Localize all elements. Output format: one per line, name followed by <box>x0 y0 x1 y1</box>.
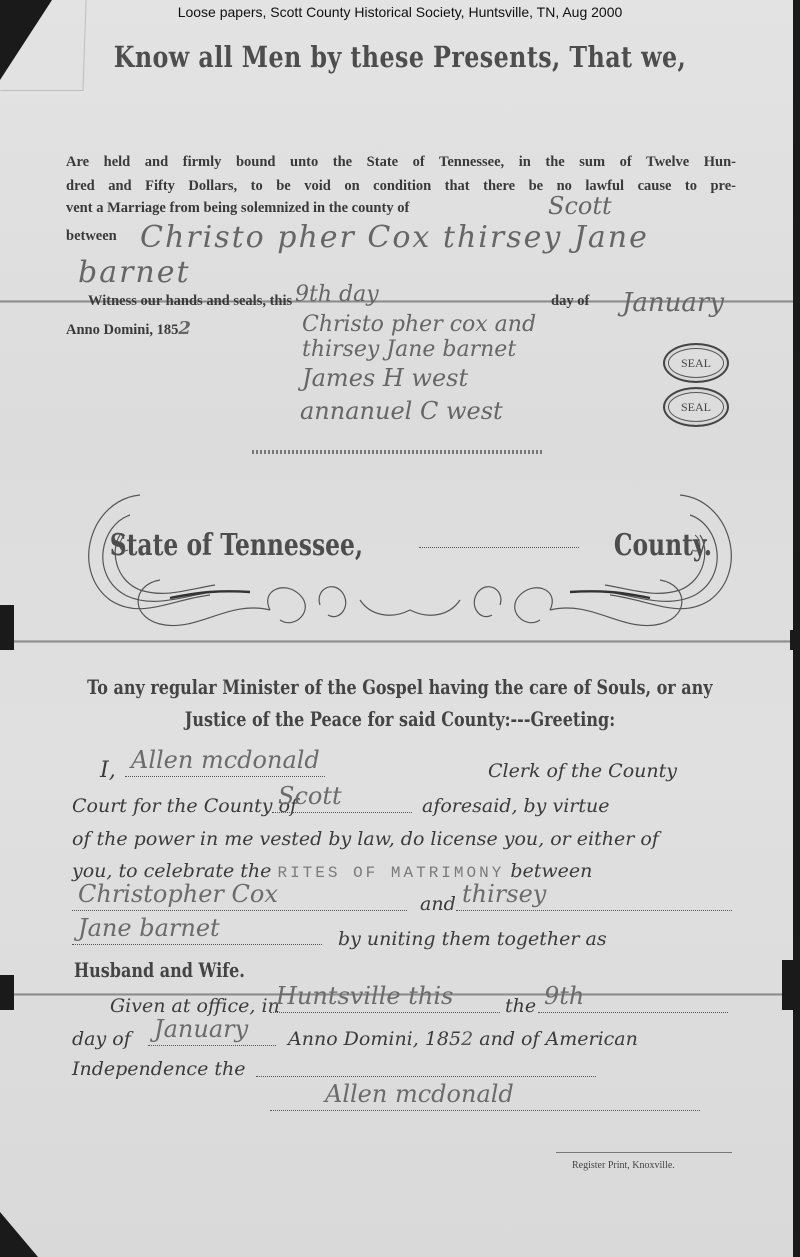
page-edge <box>793 0 800 1257</box>
torn-corner-bottom-left <box>0 1212 38 1257</box>
section-divider <box>252 450 542 454</box>
greeting-line-1: To any regular Minister of the Gospel ha… <box>0 675 800 699</box>
court-for-label: Court for the County of <box>72 795 297 817</box>
county-blank <box>419 547 579 548</box>
witness-label: Witness our hands and seals, this <box>88 293 292 310</box>
year-digit-handwritten: 2 <box>461 1028 473 1050</box>
aforesaid-label: aforesaid, by virtue <box>422 795 609 817</box>
tear-edge <box>0 975 14 1010</box>
signature-line-4: annanuel C west <box>300 397 503 425</box>
day-of-label: day of <box>72 1028 131 1050</box>
the-label: the <box>505 995 536 1017</box>
signature-line-1: Christo pher cox and <box>302 312 536 337</box>
day-of-label: day of <box>551 293 589 310</box>
clerk-name-field: Allen mcdonald <box>125 752 325 777</box>
parties-handwritten-1: Christo pher Cox thirsey Jane <box>140 220 649 255</box>
year-digit-handwritten: 2 <box>178 318 191 339</box>
given-label: Given at office, in <box>110 995 280 1017</box>
independence-field <box>256 1052 596 1077</box>
celebrate-line: you, to celebrate the RITES OF MATRIMONY… <box>72 860 592 882</box>
husband-wife-label: Husband and Wife. <box>74 958 288 982</box>
witness-day-handwritten: 9th day <box>295 282 379 307</box>
uniting-label: by uniting them together as <box>338 928 607 950</box>
greeting-line-2: Justice of the Peace for said County:---… <box>0 707 800 731</box>
month-handwritten: January <box>622 288 724 318</box>
clerk-of-label: Clerk of the County <box>488 760 677 782</box>
county-label: County. <box>614 528 712 563</box>
bond-text: Are held and firmly bound unto the State… <box>66 150 736 198</box>
seal-stamp: SEAL <box>663 343 729 383</box>
state-label: State of Tennessee, <box>110 528 363 563</box>
signature-line-3: James H west <box>302 364 468 392</box>
month-field: January <box>148 1021 276 1046</box>
tear-edge <box>0 605 14 650</box>
clerk-signature-field: Allen mcdonald <box>270 1086 700 1111</box>
bond-title: Know all Men by these Presents, That we, <box>72 40 728 74</box>
license-heading: State of Tennessee, County. <box>0 528 800 563</box>
groom-field: Christopher Cox <box>72 886 407 911</box>
place-field: Huntsville this <box>270 988 500 1013</box>
printer-rule <box>556 1152 732 1153</box>
county-field: Scott <box>272 788 412 813</box>
bond-line-1: Are held and firmly bound unto the State… <box>66 150 736 174</box>
signature-line-2: thirsey Jane barnet <box>302 337 516 362</box>
anno-line: Anno Domini, 1852 and of American <box>288 1028 638 1050</box>
marriage-word: Marriage <box>107 200 166 216</box>
day-field: 9th <box>538 988 728 1013</box>
anno-domini-label: Anno Domini, 1852 <box>66 318 191 339</box>
county-handwritten: Scott <box>548 192 612 220</box>
seal-stamp: SEAL <box>663 387 729 427</box>
bride-field-1: thirsey <box>456 886 732 911</box>
power-line: of the power in me vested by law, do lic… <box>72 828 659 850</box>
between-label: between <box>66 228 117 245</box>
independence-label: Independence the <box>72 1058 245 1080</box>
ornamental-scroll <box>70 480 750 650</box>
bond-line-3: vent a Marriage from being solemnized in… <box>66 200 409 217</box>
bond-line-2: dred and Fifty Dollars, to be void on co… <box>66 174 736 198</box>
and-label: and <box>420 893 456 915</box>
printer-credit: Register Print, Knoxville. <box>572 1160 675 1171</box>
i-label: I, <box>100 758 116 783</box>
parties-handwritten-2: barnet <box>78 255 191 290</box>
archive-caption: Loose papers, Scott County Historical So… <box>0 4 800 20</box>
bride-field-2: Jane barnet <box>72 920 322 945</box>
